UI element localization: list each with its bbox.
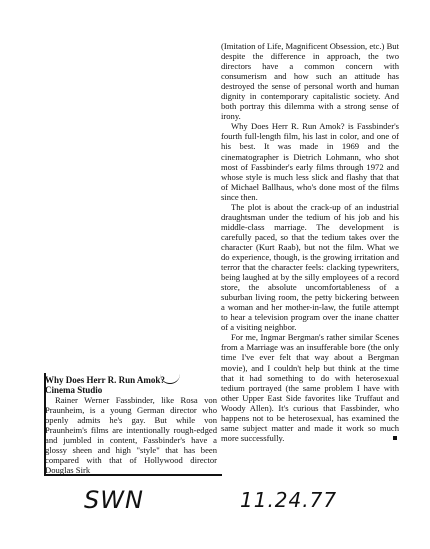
right-column: (Imitation of Life, Magnificent Obsessio…	[221, 41, 399, 443]
end-mark-icon	[393, 436, 397, 440]
venue: Cinema Studio	[45, 385, 217, 395]
headline: Why Does Herr R. Run Amok?	[45, 375, 217, 385]
paragraph: The plot is about the crack-up of an ind…	[221, 202, 399, 333]
paragraph-text: For me, Ingmar Bergman's rather similar …	[221, 332, 399, 442]
paragraph: Rainer Werner Fassbinder, like Rosa von …	[45, 395, 217, 475]
handwritten-source: SWN	[84, 486, 144, 514]
handwritten-date: 11.24.77	[240, 488, 337, 512]
left-column: Why Does Herr R. Run Amok? Cinema Studio…	[45, 375, 217, 475]
paragraph: Why Does Herr R. Run Amok? is Fassbinder…	[221, 121, 399, 201]
paragraph: (Imitation of Life, Magnificent Obsessio…	[221, 41, 399, 121]
paragraph-last: For me, Ingmar Bergman's rather similar …	[221, 332, 399, 443]
